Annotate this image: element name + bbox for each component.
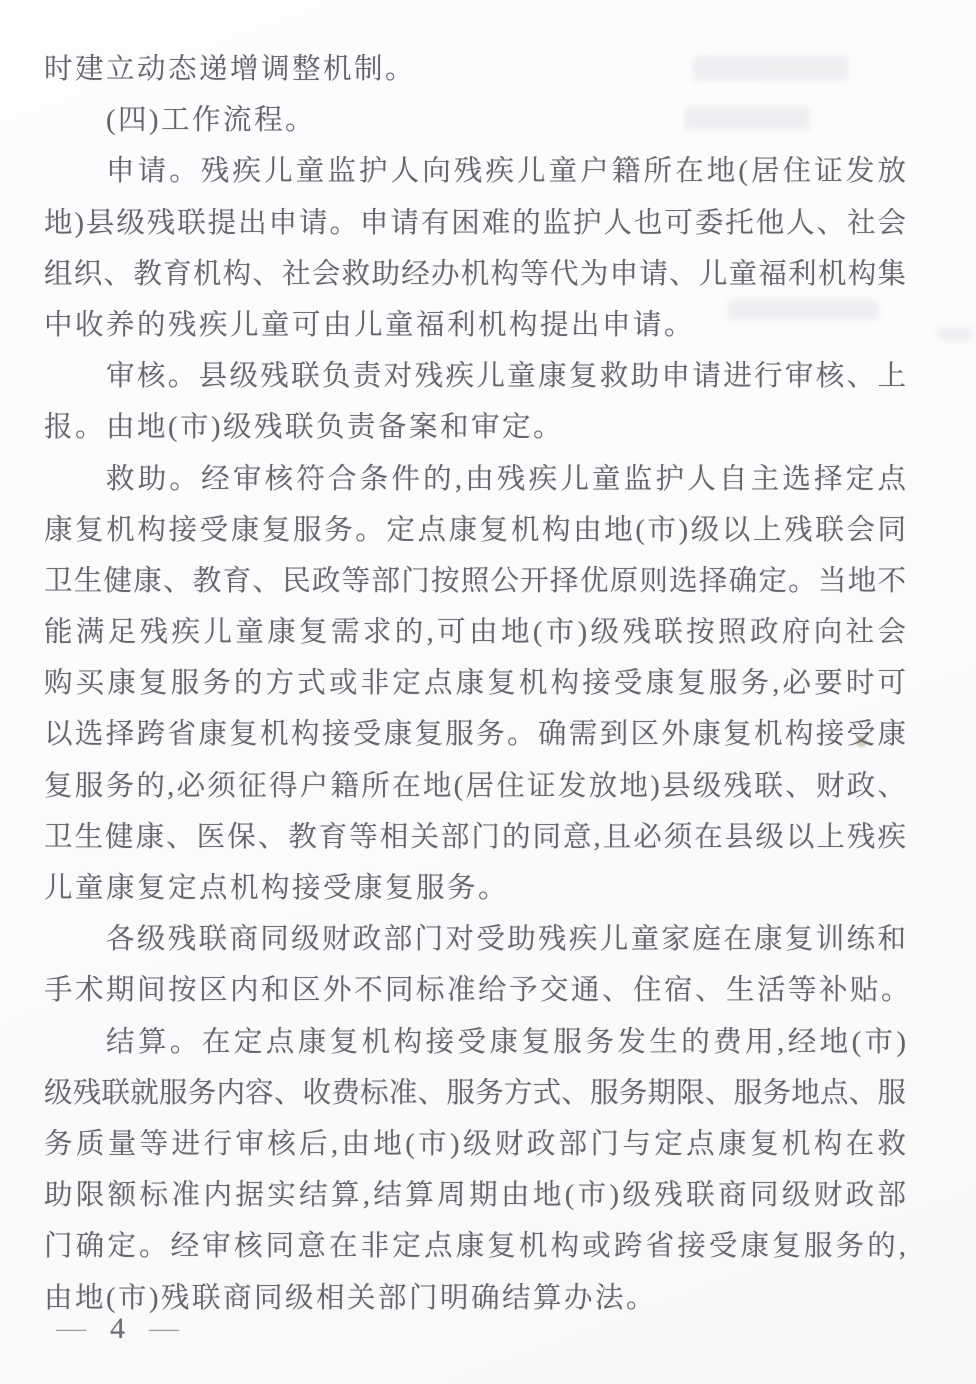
text-line: 儿童康复定点机构接受康复服务。 (44, 863, 906, 914)
text-line: 申请。残疾儿童监护人向残疾儿童户籍所在地(居住证发放 (44, 146, 906, 197)
page-number: — 4 — (56, 1312, 179, 1346)
page-number-dash-left: — (56, 1315, 86, 1342)
text-line: 复服务的,必须征得户籍所在地(居住证发放地)县级残联、财政、 (44, 761, 906, 812)
document-page: 时建立动态递增调整机制。(四)工作流程。申请。残疾儿童监护人向残疾儿童户籍所在地… (0, 0, 976, 1384)
text-line: 门确定。经审核同意在非定点康复机构或跨省接受康复服务的, (44, 1221, 906, 1272)
text-line: 地)县级残联提出申请。申请有困难的监护人也可委托他人、社会 (44, 198, 906, 249)
text-line: 审核。县级残联负责对残疾儿童康复救助申请进行审核、上 (44, 351, 906, 402)
text-line: 手术期间按区内和区外不同标准给予交通、住宿、生活等补贴。 (44, 965, 906, 1016)
text-line: 助限额标准内据实结算,结算周期由地(市)级残联商同级财政部 (44, 1170, 906, 1221)
text-line: 组织、教育机构、社会救助经办机构等代为申请、儿童福利机构集 (44, 249, 906, 300)
text-line: 结算。在定点康复机构接受康复服务发生的费用,经地(市) (44, 1017, 906, 1068)
text-line: 购买康复服务的方式或非定点康复机构接受康复服务,必要时可 (44, 658, 906, 709)
text-line: 各级残联商同级财政部门对受助残疾儿童家庭在康复训练和 (44, 914, 906, 965)
text-line: 务质量等进行审核后,由地(市)级财政部门与定点康复机构在救 (44, 1119, 906, 1170)
text-line: 中收养的残疾儿童可由儿童福利机构提出申请。 (44, 300, 906, 351)
text-line: 卫生健康、教育、民政等部门按照公开择优原则选择确定。当地不 (44, 556, 906, 607)
page-number-value: 4 (110, 1312, 125, 1346)
text-line: 救助。经审核符合条件的,由残疾儿童监护人自主选择定点 (44, 454, 906, 505)
text-line: 康复机构接受康复服务。定点康复机构由地(市)级以上残联会同 (44, 505, 906, 556)
text-line: 级残联就服务内容、收费标准、服务方式、服务期限、服务地点、服 (44, 1068, 906, 1119)
text-line: 以选择跨省康复机构接受康复服务。确需到区外康复机构接受康 (44, 709, 906, 760)
text-line: 报。由地(市)级残联负责备案和审定。 (44, 402, 906, 453)
text-line: (四)工作流程。 (44, 95, 906, 146)
text-block: 时建立动态递增调整机制。(四)工作流程。申请。残疾儿童监护人向残疾儿童户籍所在地… (44, 44, 906, 1324)
text-line: 能满足残疾儿童康复需求的,可由地(市)级残联按照政府向社会 (44, 607, 906, 658)
text-line: 时建立动态递增调整机制。 (44, 44, 906, 95)
bleedthrough-mark (938, 328, 972, 340)
page-number-dash-right: — (149, 1315, 179, 1342)
text-line: 卫生健康、医保、教育等相关部门的同意,且必须在县级以上残疾 (44, 812, 906, 863)
